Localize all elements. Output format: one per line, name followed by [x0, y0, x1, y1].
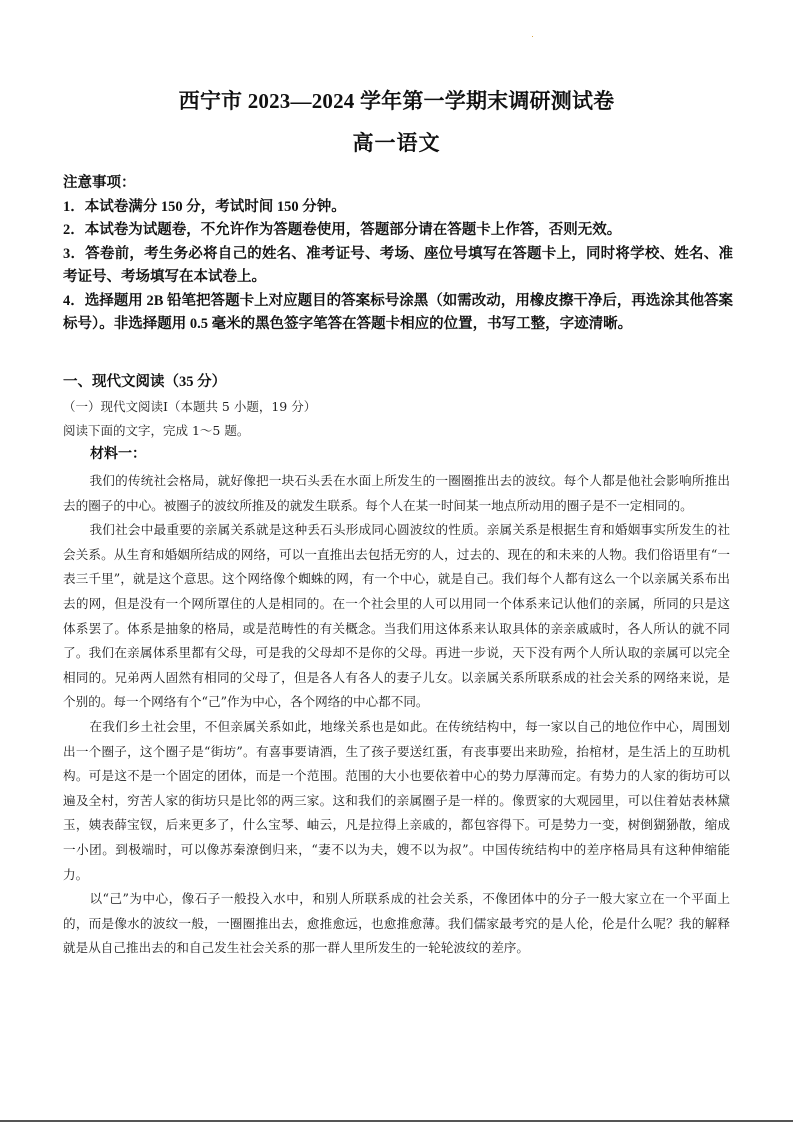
exam-subject: 高一语文: [0, 130, 793, 156]
section-heading: 一、现代文阅读（35 分）: [63, 371, 226, 393]
material-label: 材料一：: [90, 444, 146, 466]
passage-paragraph: 以“己”为中心，像石子一般投入水中，和别人所联系成的社会关系，不像团体中的分子一…: [63, 887, 730, 961]
note-item: 3．答卷前，考生务必将自己的姓名、准考证号、考场、座位号填写在答题卡上，同时将学…: [63, 243, 733, 290]
passage-paragraph: 我们社会中最重要的亲属关系就是这种丢石头形成同心圆波纹的性质。亲属关系是根据生育…: [63, 518, 730, 715]
passage-paragraph: 在我们乡土社会里，不但亲属关系如此，地缘关系也是如此。在传统结构中，每一家以自己…: [63, 715, 730, 887]
exam-page: 西宁市 2023—2024 学年第一学期末调研测试卷 高一语文 注意事项： 1．…: [0, 0, 793, 1122]
note-item: 4．选择题用 2B 铅笔把答题卡上对应题目的答案标号涂黑（如需改动，用橡皮擦干净…: [63, 290, 733, 337]
reading-passage: 我们的传统社会格局，就好像把一块石头丢在水面上所发生的一圈圈推出去的波纹。每个人…: [63, 469, 730, 961]
reading-instruction: 阅读下面的文字，完成 1～5 题。: [63, 421, 249, 441]
passage-paragraph: 我们的传统社会格局，就好像把一块石头丢在水面上所发生的一圈圈推出去的波纹。每个人…: [63, 469, 730, 518]
subsection-heading: （一）现代文阅读Ⅰ（本题共 5 小题，19 分）: [63, 397, 316, 417]
scan-mark: [532, 36, 533, 37]
exam-title: 西宁市 2023—2024 学年第一学期末调研测试卷: [0, 88, 793, 114]
note-item: 2．本试卷为试题卷，不允许作为答题卷使用，答题部分请在答题卡上作答，否则无效。: [63, 219, 733, 243]
note-item: 1．本试卷满分 150 分，考试时间 150 分钟。: [63, 196, 733, 220]
notes-heading: 注意事项：: [63, 172, 733, 196]
exam-notes: 注意事项： 1．本试卷满分 150 分，考试时间 150 分钟。 2．本试卷为试…: [63, 172, 733, 337]
